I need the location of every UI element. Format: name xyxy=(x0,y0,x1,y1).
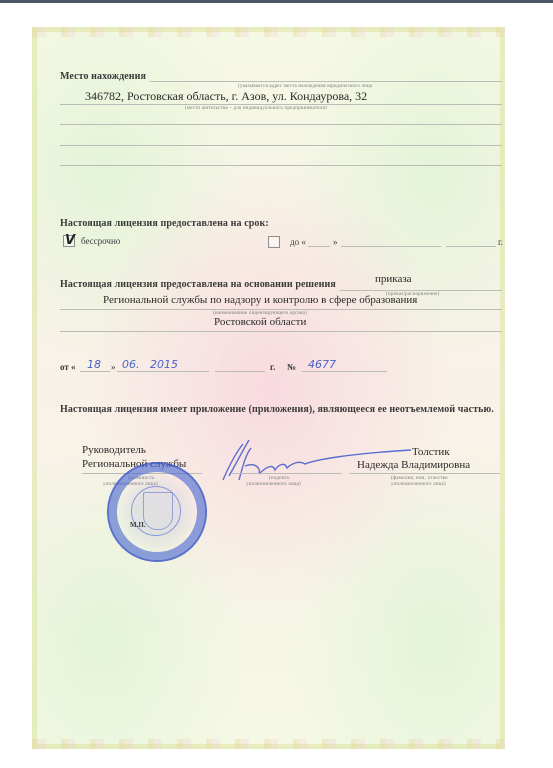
date-extra-line xyxy=(215,371,265,372)
location-line-1 xyxy=(150,81,502,82)
authority-line-2: Ростовской области xyxy=(214,316,306,328)
unlimited-checkbox[interactable]: V xyxy=(63,235,75,247)
signature-hint-1: (подпись xyxy=(269,476,290,481)
position-line-1: Руководитель xyxy=(82,444,146,456)
date-day-line xyxy=(80,371,110,372)
license-sheet xyxy=(32,27,505,749)
until-label: до « xyxy=(290,237,306,247)
location-line-2 xyxy=(60,104,502,105)
decision-type-line xyxy=(340,290,502,291)
basis-label: Настоящая лицензия предоставлена на осно… xyxy=(60,279,336,290)
until-month-line xyxy=(341,246,441,247)
blank-line xyxy=(60,145,502,146)
date-year-suffix: г. xyxy=(270,362,275,372)
signature-hint-2: уполномоченного лица) xyxy=(246,482,301,487)
decision-type: приказа xyxy=(375,273,412,285)
number-line xyxy=(302,371,387,372)
blank-line xyxy=(60,124,502,125)
date-prefix: от « xyxy=(60,362,76,372)
coat-of-arms-icon xyxy=(143,492,173,530)
location-label: Место нахождения xyxy=(60,71,146,82)
license-number: 4677 xyxy=(308,358,336,371)
until-day-line xyxy=(308,246,330,247)
authority-underline-1 xyxy=(60,309,502,310)
appendix-note: Настоящая лицензия имеет приложение (при… xyxy=(60,404,494,415)
until-quote-close: » xyxy=(333,237,338,247)
scan-top-edge xyxy=(0,0,553,3)
location-hint-bottom: (место жительства – для индивидуального … xyxy=(185,106,327,111)
until-checkbox[interactable] xyxy=(268,236,280,248)
date-year: 2015 xyxy=(150,358,178,371)
number-label: № xyxy=(287,362,296,372)
date-month-line xyxy=(117,371,209,372)
name-line xyxy=(350,473,500,474)
name-hint-1: (фамилия, имя, отчество xyxy=(391,476,448,481)
date-quote-close: » xyxy=(111,362,116,372)
location-value: 346782, Ростовская область, г. Азов, ул.… xyxy=(85,89,367,104)
stamp-place-label: М.П. xyxy=(130,521,146,529)
check-mark-icon: V xyxy=(65,233,75,248)
unlimited-label: бессрочно xyxy=(81,236,120,246)
signatory-surname: Толстик xyxy=(412,446,450,458)
authority-underline-2 xyxy=(60,331,502,332)
term-label: Настоящая лицензия предоставлена на срок… xyxy=(60,218,269,229)
blank-line xyxy=(60,165,502,166)
authority-line-1: Региональной службы по надзору и контрол… xyxy=(103,294,417,306)
date-month: 06. xyxy=(122,358,140,371)
official-seal-stamp xyxy=(107,462,207,562)
signatory-given-names: Надежда Владимировна xyxy=(357,459,470,471)
date-day: 18 xyxy=(87,358,101,371)
until-year-suffix: г. xyxy=(498,237,503,247)
name-hint-2: уполномоченного лица) xyxy=(391,482,446,487)
until-year-line xyxy=(446,246,496,247)
signature-line xyxy=(232,473,342,474)
